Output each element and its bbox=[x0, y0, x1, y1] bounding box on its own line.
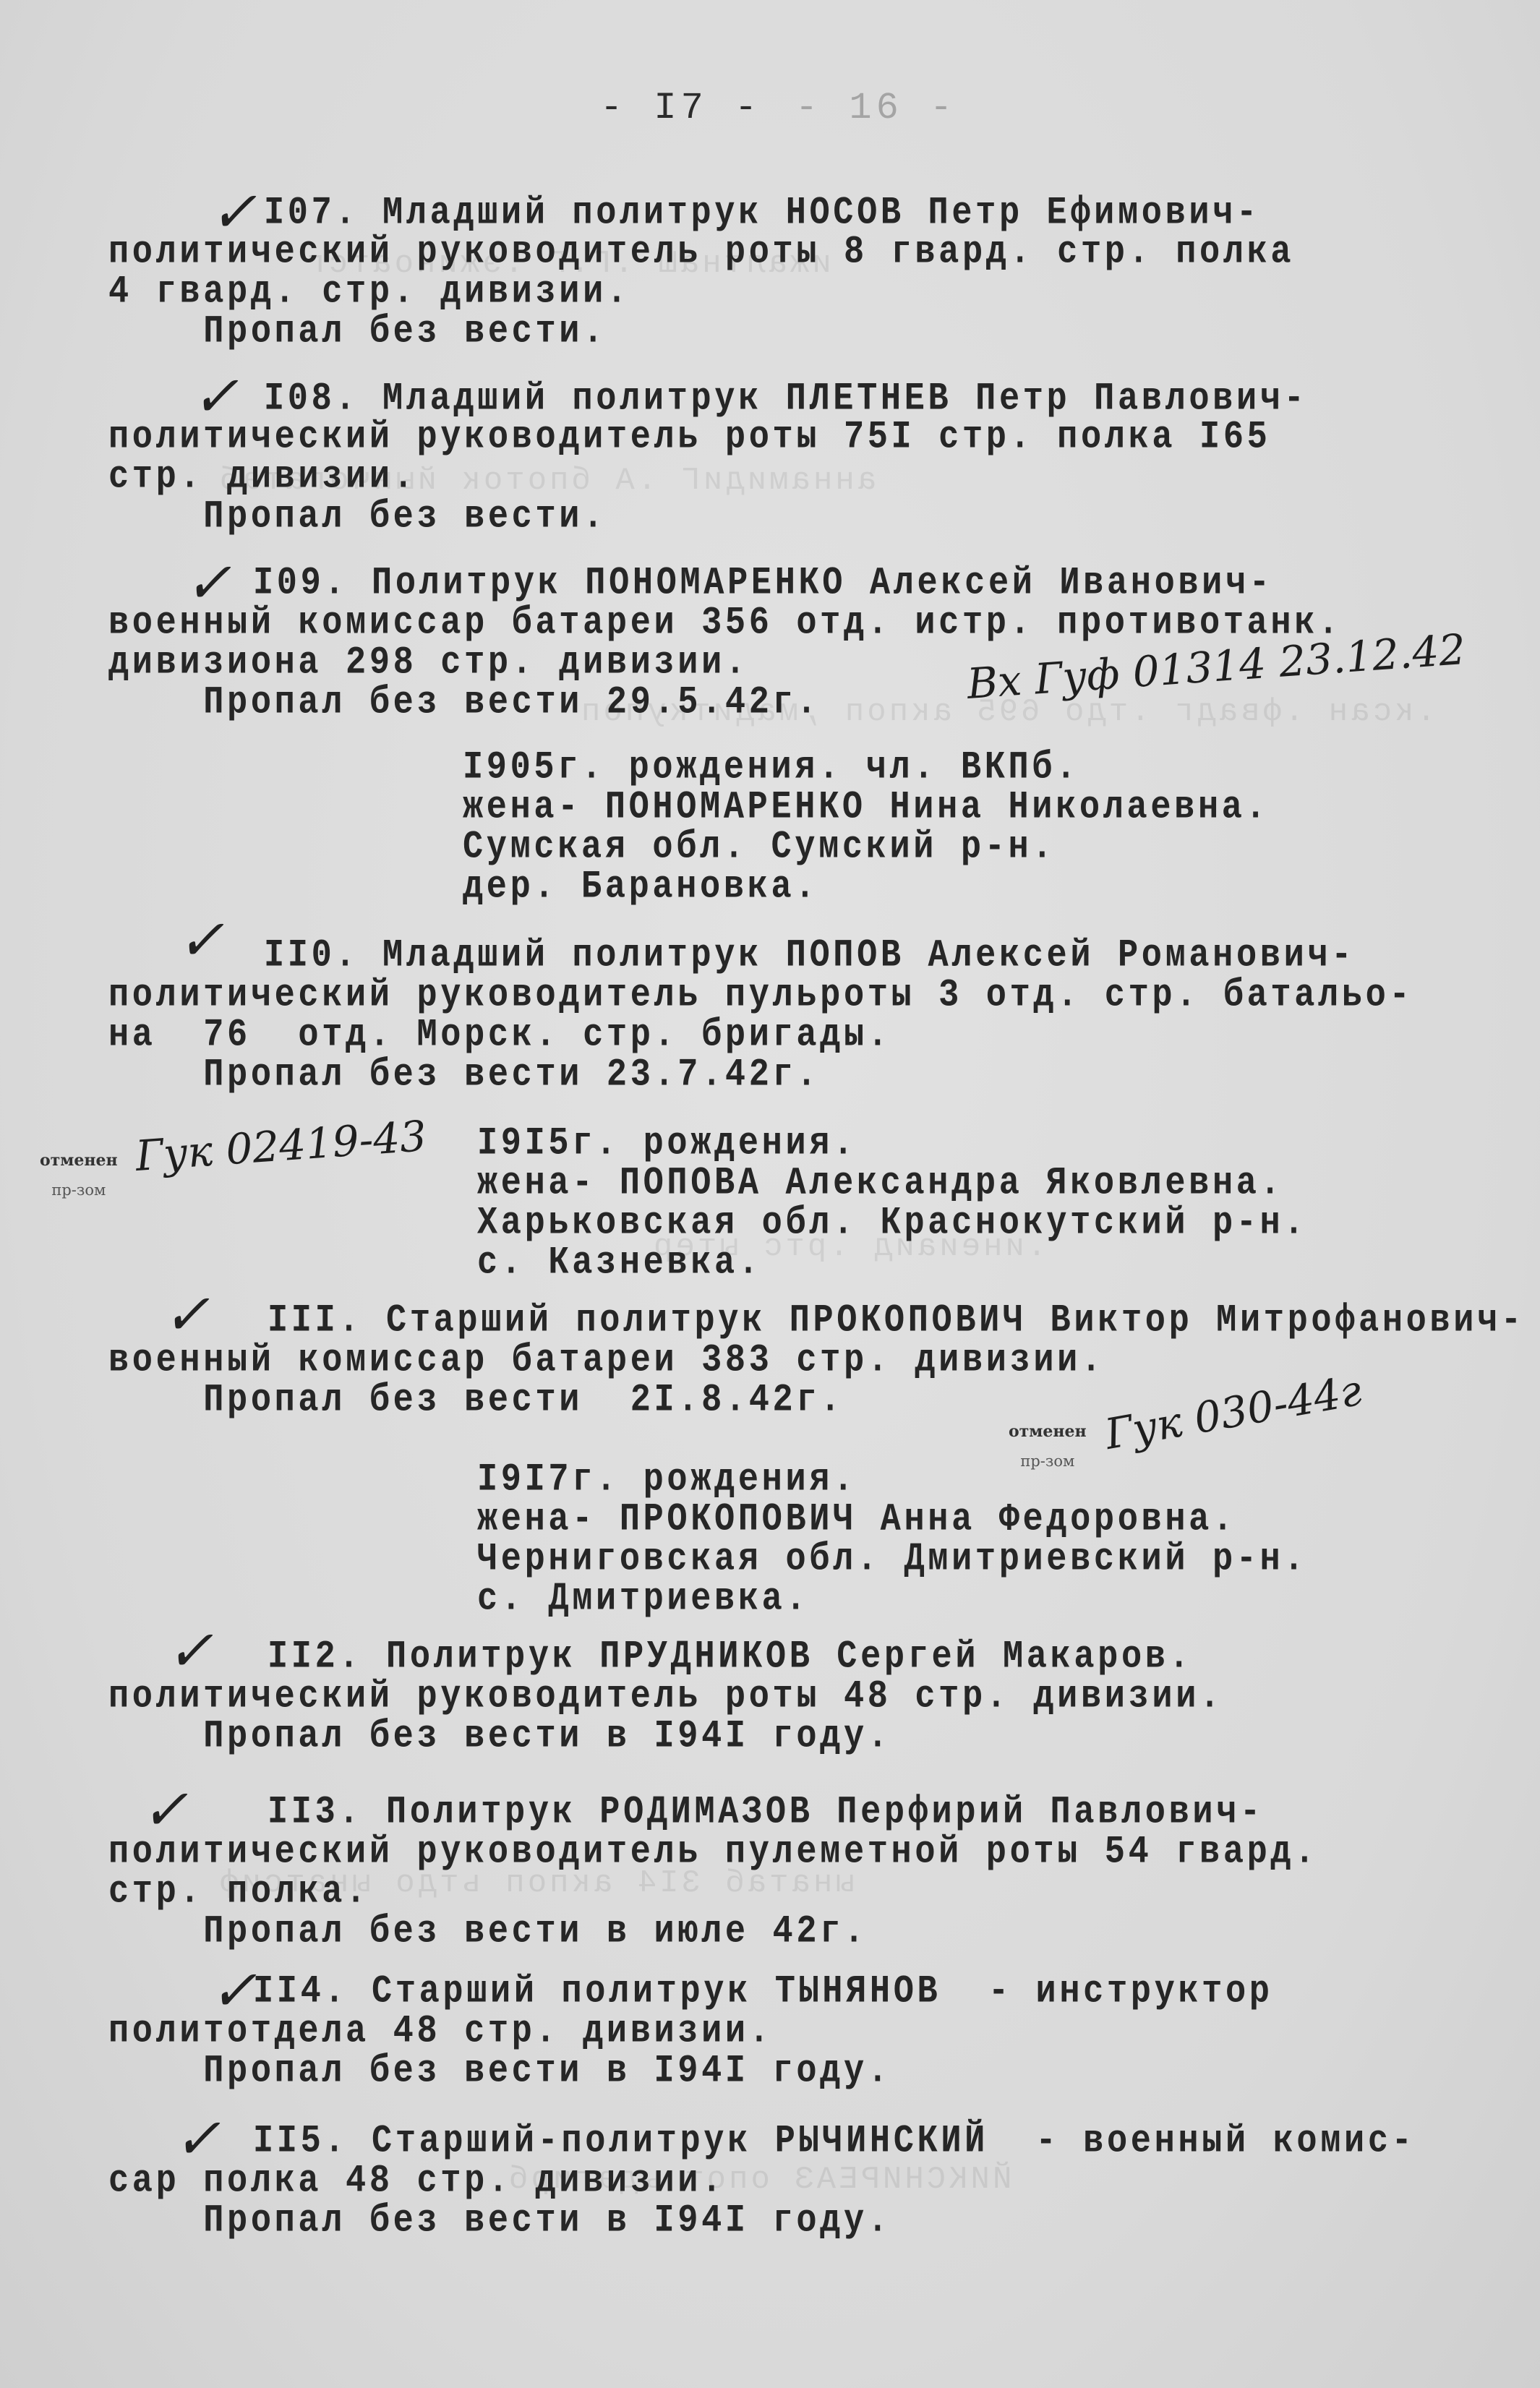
entry-line: политический руководитель роты 75I стр. … bbox=[108, 418, 1270, 457]
page-number-faint: - 16 - bbox=[795, 87, 957, 129]
checkmark-icon: ✓ bbox=[166, 1623, 213, 1679]
entry-line: стр. дивизии. bbox=[108, 458, 416, 497]
document-page: ижалтнаШ .Г.Г .эжиноатсг аннамидиГ .А бп… bbox=[0, 0, 1540, 2388]
entry-line: политический руководитель роты 8 гвард. … bbox=[108, 233, 1294, 272]
entry-line: II3. Политрук РОДИМАЗОВ Перфирий Павлови… bbox=[268, 1793, 1264, 1832]
entry-line: Пропал без вести в I94I году. bbox=[108, 1717, 891, 1756]
entry-line: Пропал без вести. bbox=[108, 312, 607, 351]
detail-line: с. Казневка. bbox=[477, 1244, 762, 1283]
entry-line: Пропал без вести в I94I году. bbox=[108, 2052, 891, 2091]
entry-line: Пропал без вести 29.5.42г. bbox=[108, 683, 820, 722]
checkmark-icon: ✓ bbox=[177, 912, 224, 969]
detail-line: жена- ПРОКОПОВИЧ Анна Федоровна. bbox=[477, 1500, 1236, 1539]
stamp-line: пр-зом bbox=[1009, 1447, 1087, 1476]
detail-line: дер. Барановка. bbox=[463, 868, 818, 907]
entry-line: I08. Младший политрук ПЛЕТНЕВ Петр Павло… bbox=[264, 380, 1307, 419]
entry-line: военный комиссар батареи 383 стр. дивизи… bbox=[108, 1341, 1105, 1380]
cancelled-stamp: отменен пр-зом bbox=[40, 1146, 118, 1205]
entry-line: I09. Политрук ПОНОМАРЕНКО Алексей Иванов… bbox=[253, 564, 1273, 603]
detail-line: с. Дмитриевка. bbox=[477, 1580, 809, 1619]
entry-line: II5. Старший-политрук РЫЧИНСКИЙ - военны… bbox=[253, 2122, 1415, 2161]
entry-line: II2. Политрук ПРУДНИКОВ Сергей Макаров. bbox=[268, 1638, 1192, 1677]
stamp-line: отменен bbox=[40, 1146, 118, 1176]
detail-line: I9I5г. рождения. bbox=[477, 1124, 857, 1163]
entry-line: политический руководитель пулеметной рот… bbox=[108, 1833, 1318, 1872]
entry-line: политотдела 48 стр. дивизии. bbox=[108, 2012, 773, 2051]
entry-line: политический руководитель роты 48 стр. д… bbox=[108, 1677, 1223, 1716]
stamp-line: пр-зом bbox=[40, 1176, 118, 1205]
entry-line: 4 гвард. стр. дивизии. bbox=[108, 273, 630, 312]
detail-line: I9I7г. рождения. bbox=[477, 1460, 857, 1499]
entry-line: Пропал без вести 2I.8.42г. bbox=[108, 1381, 844, 1420]
handwritten-note: Гук 030-44г bbox=[1101, 1366, 1365, 1459]
entry-line: военный комиссар батареи 356 отд. истр. … bbox=[108, 604, 1342, 643]
detail-line: жена- ПОПОВА Александра Яковлевна. bbox=[477, 1164, 1283, 1203]
entry-line: I07. Младший политрук НОСОВ Петр Ефимови… bbox=[264, 194, 1260, 233]
detail-line: Черниговская обл. Дмитриевский р-н. bbox=[477, 1540, 1307, 1579]
detail-line: I905г. рождения. чл. ВКПб. bbox=[463, 748, 1079, 787]
cancelled-stamp: отменен пр-зом bbox=[1009, 1417, 1087, 1476]
entry-line: II0. Младший политрук ПОПОВ Алексей Рома… bbox=[264, 936, 1355, 975]
page-number: - I7 - bbox=[600, 87, 761, 129]
entry-line: Пропал без вести в I94I году. bbox=[108, 2201, 891, 2241]
entry-line: Пропал без вести. bbox=[108, 497, 607, 536]
stamp-line: отменен bbox=[1009, 1417, 1087, 1447]
entry-line: политический руководитель пульроты 3 отд… bbox=[108, 976, 1413, 1015]
entry-line: II4. Старший политрук ТЫНЯНОВ - инструкт… bbox=[253, 1972, 1273, 2011]
detail-line: жена- ПОНОМАРЕНКО Нина Николаевна. bbox=[463, 788, 1269, 827]
entry-line: стр. полка. bbox=[108, 1873, 369, 1912]
detail-line: Харьковская обл. Краснокутский р-н. bbox=[477, 1204, 1307, 1243]
handwritten-note: Гук 02419-43 bbox=[134, 1111, 428, 1181]
entry-line: дивизиона 298 стр. дивизии. bbox=[108, 643, 749, 682]
entry-line: Пропал без вести в июле 42г. bbox=[108, 1912, 868, 1951]
checkmark-icon: ✓ bbox=[163, 1287, 210, 1343]
detail-line: Сумская обл. Сумский р-н. bbox=[463, 828, 1056, 867]
entry-line: Пропал без вести 23.7.42г. bbox=[108, 1056, 820, 1095]
entry-line: сар полка 48 стр. дивизии. bbox=[108, 2162, 725, 2201]
entry-line: III. Старший политрук ПРОКОПОВИЧ Виктор … bbox=[268, 1301, 1525, 1340]
entry-line: на 76 отд. Морск. стр. бригады. bbox=[108, 1016, 891, 1055]
